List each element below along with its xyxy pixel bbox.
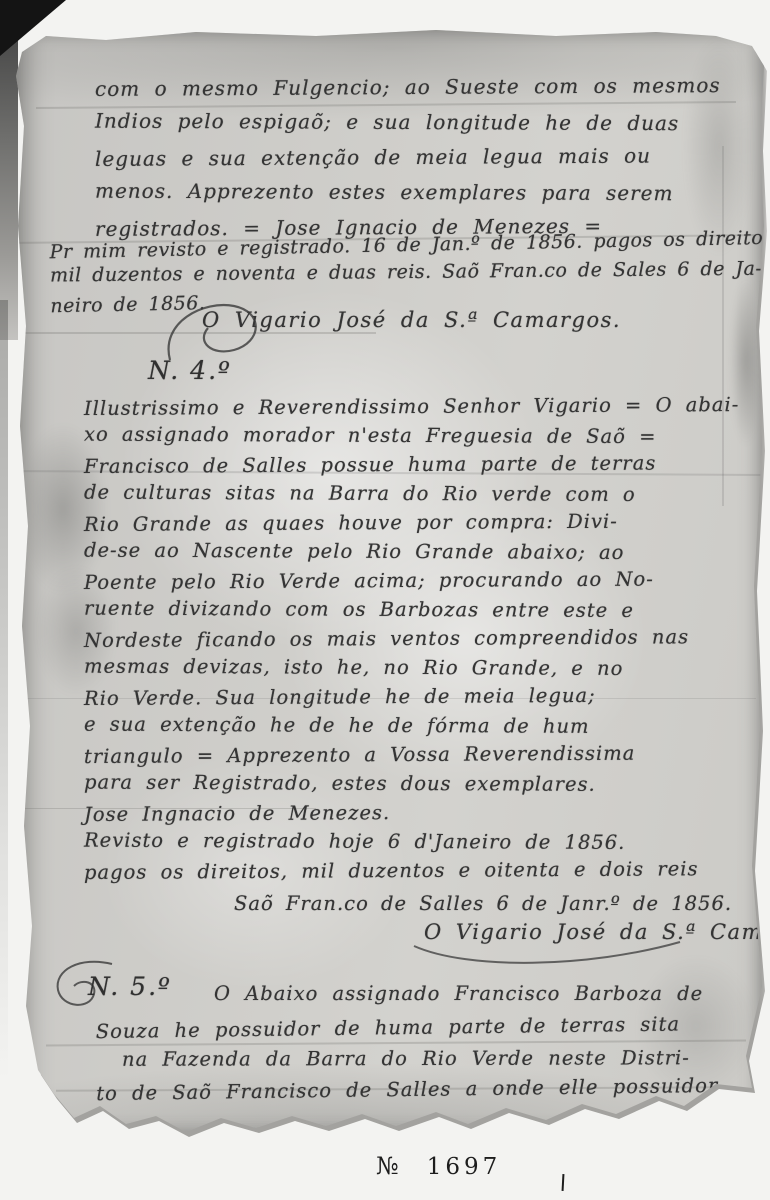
manuscript-line: ruente divizando com os Barbozas entre e… — [84, 594, 739, 626]
manuscript-line: Indios pelo espigaõ; e sua longitude he … — [95, 104, 721, 142]
scanned-document-view: com o mesmo Fulgencio; ao Sueste com os … — [0, 0, 770, 1200]
stamp-number: 1697 — [427, 1154, 502, 1180]
manuscript-line: Revisto e registrado hoje 6 d'Janeiro de… — [84, 826, 739, 858]
manuscript-line: mesmas devizas, isto he, no Rio Grande, … — [84, 652, 739, 684]
entry-4-paragraph: Illustrissimo e Reverendissimo Senhor Vi… — [84, 392, 739, 885]
manuscript-line: Francisco de Salles possue huma parte de… — [84, 448, 739, 481]
manuscript-line: e sua extenção he de he de fórma de hum — [84, 710, 739, 742]
manuscript-line: Jose Ingnacio de Menezes. — [84, 796, 739, 829]
manuscript-line: Rio Verde. Sua longitude he de meia legu… — [84, 680, 739, 713]
entry-5-paragraph: Souza he possuidor de huma parte de terr… — [96, 1010, 719, 1107]
numero-sign: № — [376, 1152, 399, 1180]
manuscript-line: leguas e sua extenção de meia legua mais… — [95, 138, 721, 177]
pen-tick-mark — [562, 1174, 565, 1191]
manuscript-line: com o mesmo Fulgencio; ao Sueste com os … — [95, 68, 721, 107]
manuscript-line: pagos os direitos, mil duzentos e oitent… — [84, 854, 739, 887]
entry-4-number: N. 4.º — [148, 356, 232, 385]
manuscript-page: com o mesmo Fulgencio; ao Sueste com os … — [16, 26, 764, 1138]
manuscript-line: Nordeste ficando os mais ventos compreen… — [84, 622, 739, 655]
manuscript-line: Illustrissimo e Reverendissimo Senhor Vi… — [84, 390, 739, 423]
page-number-stamp: № 1697 — [376, 1152, 501, 1180]
manuscript-line: triangulo = Apprezento a Vossa Reverendi… — [84, 738, 739, 771]
manuscript-line: de-se ao Nascente pelo Rio Grande abaixo… — [84, 536, 739, 568]
manuscript-line: Poente pelo Rio Verde acima; procurando … — [84, 564, 739, 597]
manuscript-line: xo assignado morador n'esta Freguesia de… — [84, 420, 739, 452]
manuscript-line: para ser Registrado, estes dous exemplar… — [84, 768, 739, 800]
entry-4-date-line: Saõ Fran.co de Salles 6 de Janr.º de 185… — [234, 892, 732, 915]
signature-underline-flourish — [408, 936, 708, 976]
manuscript-line: to de Saõ Francisco de Salles a onde ell… — [96, 1070, 718, 1109]
entry-5-number: N. 5.º — [88, 972, 172, 1001]
manuscript-line: Souza he possuidor de huma parte de terr… — [96, 1008, 718, 1047]
manuscript-line: menos. Apprezento estes exemplares para … — [95, 174, 721, 212]
binding-shadow-lower — [0, 300, 8, 1080]
manuscript-line: de culturas sitas na Barra do Rio verde … — [84, 478, 739, 510]
manuscript-line: Rio Grande as quaes houve por compra: Di… — [84, 506, 739, 539]
manuscript-line: na Fazenda da Barra do Rio Verde neste D… — [96, 1042, 718, 1075]
manuscript-line: O Abaixo assignado Francisco Barboza de — [214, 982, 703, 1005]
continuation-paragraph: com o mesmo Fulgencio; ao Sueste com os … — [95, 70, 721, 245]
